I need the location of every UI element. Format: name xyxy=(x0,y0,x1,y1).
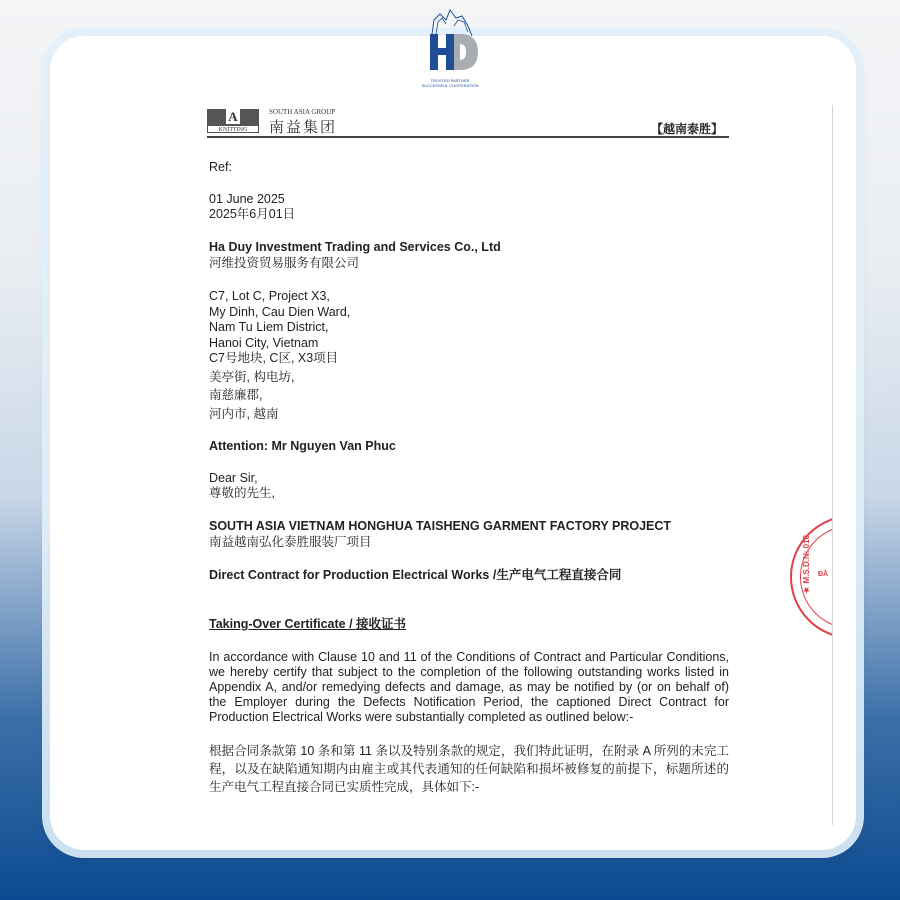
address-line: 河内市, 越南 xyxy=(209,407,350,423)
address-line: Hanoi City, Vietnam xyxy=(209,336,350,352)
group-name-cn: 南益集团 xyxy=(269,116,337,137)
document-card xyxy=(50,36,856,850)
hd-logo: TRUSTED PARTNER SUCCESSFUL COOPERATION xyxy=(416,6,484,88)
attention-line: Attention: Mr Nguyen Van Phuc xyxy=(209,439,396,454)
address-line: 美亭街, 构电坊, xyxy=(209,370,350,386)
letterhead: A KNITTING SOUTH ASIA GROUP 南益集团 【越南泰胜】 xyxy=(207,106,729,138)
certificate-title: Taking-Over Certificate / 接收证书 xyxy=(209,617,406,632)
address-line: My Dinh, Cau Dien Ward, xyxy=(209,305,350,321)
project-title-en: SOUTH ASIA VIETNAM HONGHUA TAISHENG GARM… xyxy=(209,519,671,534)
date-en: 01 June 2025 xyxy=(209,192,285,207)
address-line: C7号地块, C区, X3项目 xyxy=(209,351,350,367)
body-en: In accordance with Clause 10 and 11 of t… xyxy=(209,650,729,725)
stamp-outer-text: ★ M.S.D.N: 010 xyxy=(802,535,811,595)
page-edge xyxy=(832,105,833,825)
salutation-cn: 尊敬的先生, xyxy=(209,486,275,501)
recipient-en: Ha Duy Investment Trading and Services C… xyxy=(209,240,501,255)
project-title-cn: 南益越南弘化泰胜服装厂项目 xyxy=(209,535,372,550)
branch-label: 【越南泰胜】 xyxy=(651,120,723,137)
salutation-en: Dear Sir, xyxy=(209,471,258,486)
address-block: C7, Lot C, Project X3, My Dinh, Cau Dien… xyxy=(209,289,350,422)
address-line: C7, Lot C, Project X3, xyxy=(209,289,350,305)
date-cn: 2025年6月01日 xyxy=(209,207,295,222)
address-line: Nam Tu Liem District, xyxy=(209,320,350,336)
letterhead-rule xyxy=(207,136,729,138)
contract-title: Direct Contract for Production Electrica… xyxy=(209,568,621,583)
body-cn: 根据合同条款第 10 条和第 11 条以及特别条款的规定，我们特此证明，在附录 … xyxy=(209,742,729,796)
ref-label: Ref: xyxy=(209,160,232,175)
address-line: 南慈廉郡, xyxy=(209,388,350,404)
recipient-cn: 河维投资贸易服务有限公司 xyxy=(209,256,359,271)
knitting-logo-icon: A KNITTING xyxy=(207,109,259,133)
company-stamp: ★ M.S.D.N: 010 ĐẦ xyxy=(790,515,832,639)
stamp-inner-text: ĐẦ xyxy=(818,571,828,578)
hd-logo-icon xyxy=(416,6,484,78)
group-name-en: SOUTH ASIA GROUP xyxy=(269,108,335,116)
logo-tagline-2: SUCCESSFUL COOPERATION xyxy=(416,83,484,88)
